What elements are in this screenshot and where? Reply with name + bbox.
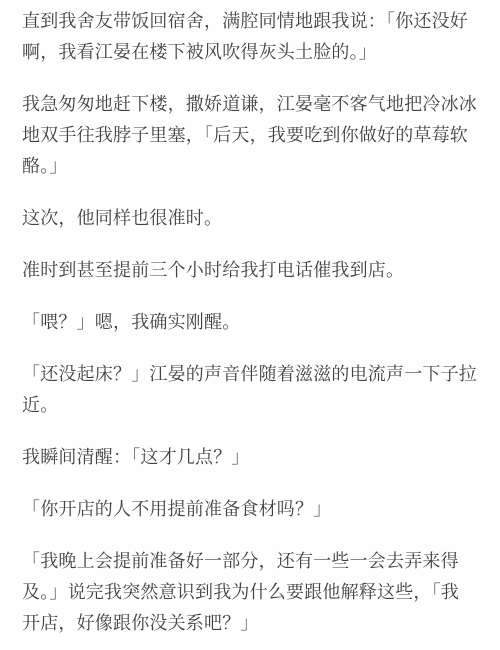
paragraph-prepare-question: 「你开店的人不用提前准备食材吗？」 [22, 494, 478, 525]
paragraph-on-time: 这次，他同样也很准时。 [22, 203, 478, 234]
paragraph-my-shop: 「我晚上会提前准备好一部分，还有一些一会去弄来得 及。」说完我突然意识到我为什么… [22, 546, 478, 639]
paragraph-hello-awake: 「喂？」嗯，我确实刚醒。 [22, 307, 478, 338]
paragraph-roommate-report: 直到我舍友带饭回宿舍，满腔同情地跟我说：「你还没好 啊，我看江晏在楼下被风吹得灰… [22, 6, 478, 68]
paragraph-what-time: 我瞬间清醒：「这才几点？」 [22, 442, 478, 473]
paragraph-cold-hands: 我急匆匆地赶下楼，撒娇道谦，江晏毫不客气地把冷冰冰 地双手往我脖子里塞，「后天，… [22, 89, 478, 182]
story-text-page: 直到我舍友带饭回宿舍，满腔同情地跟我说：「你还没好 啊，我看江晏在楼下被风吹得灰… [0, 0, 500, 650]
paragraph-early-call: 准时到甚至提前三个小时给我打电话催我到店。 [22, 255, 478, 286]
paragraph-not-up-yet: 「还没起床？」江晏的声音伴随着滋滋的电流声一下子拉 近。 [22, 359, 478, 421]
